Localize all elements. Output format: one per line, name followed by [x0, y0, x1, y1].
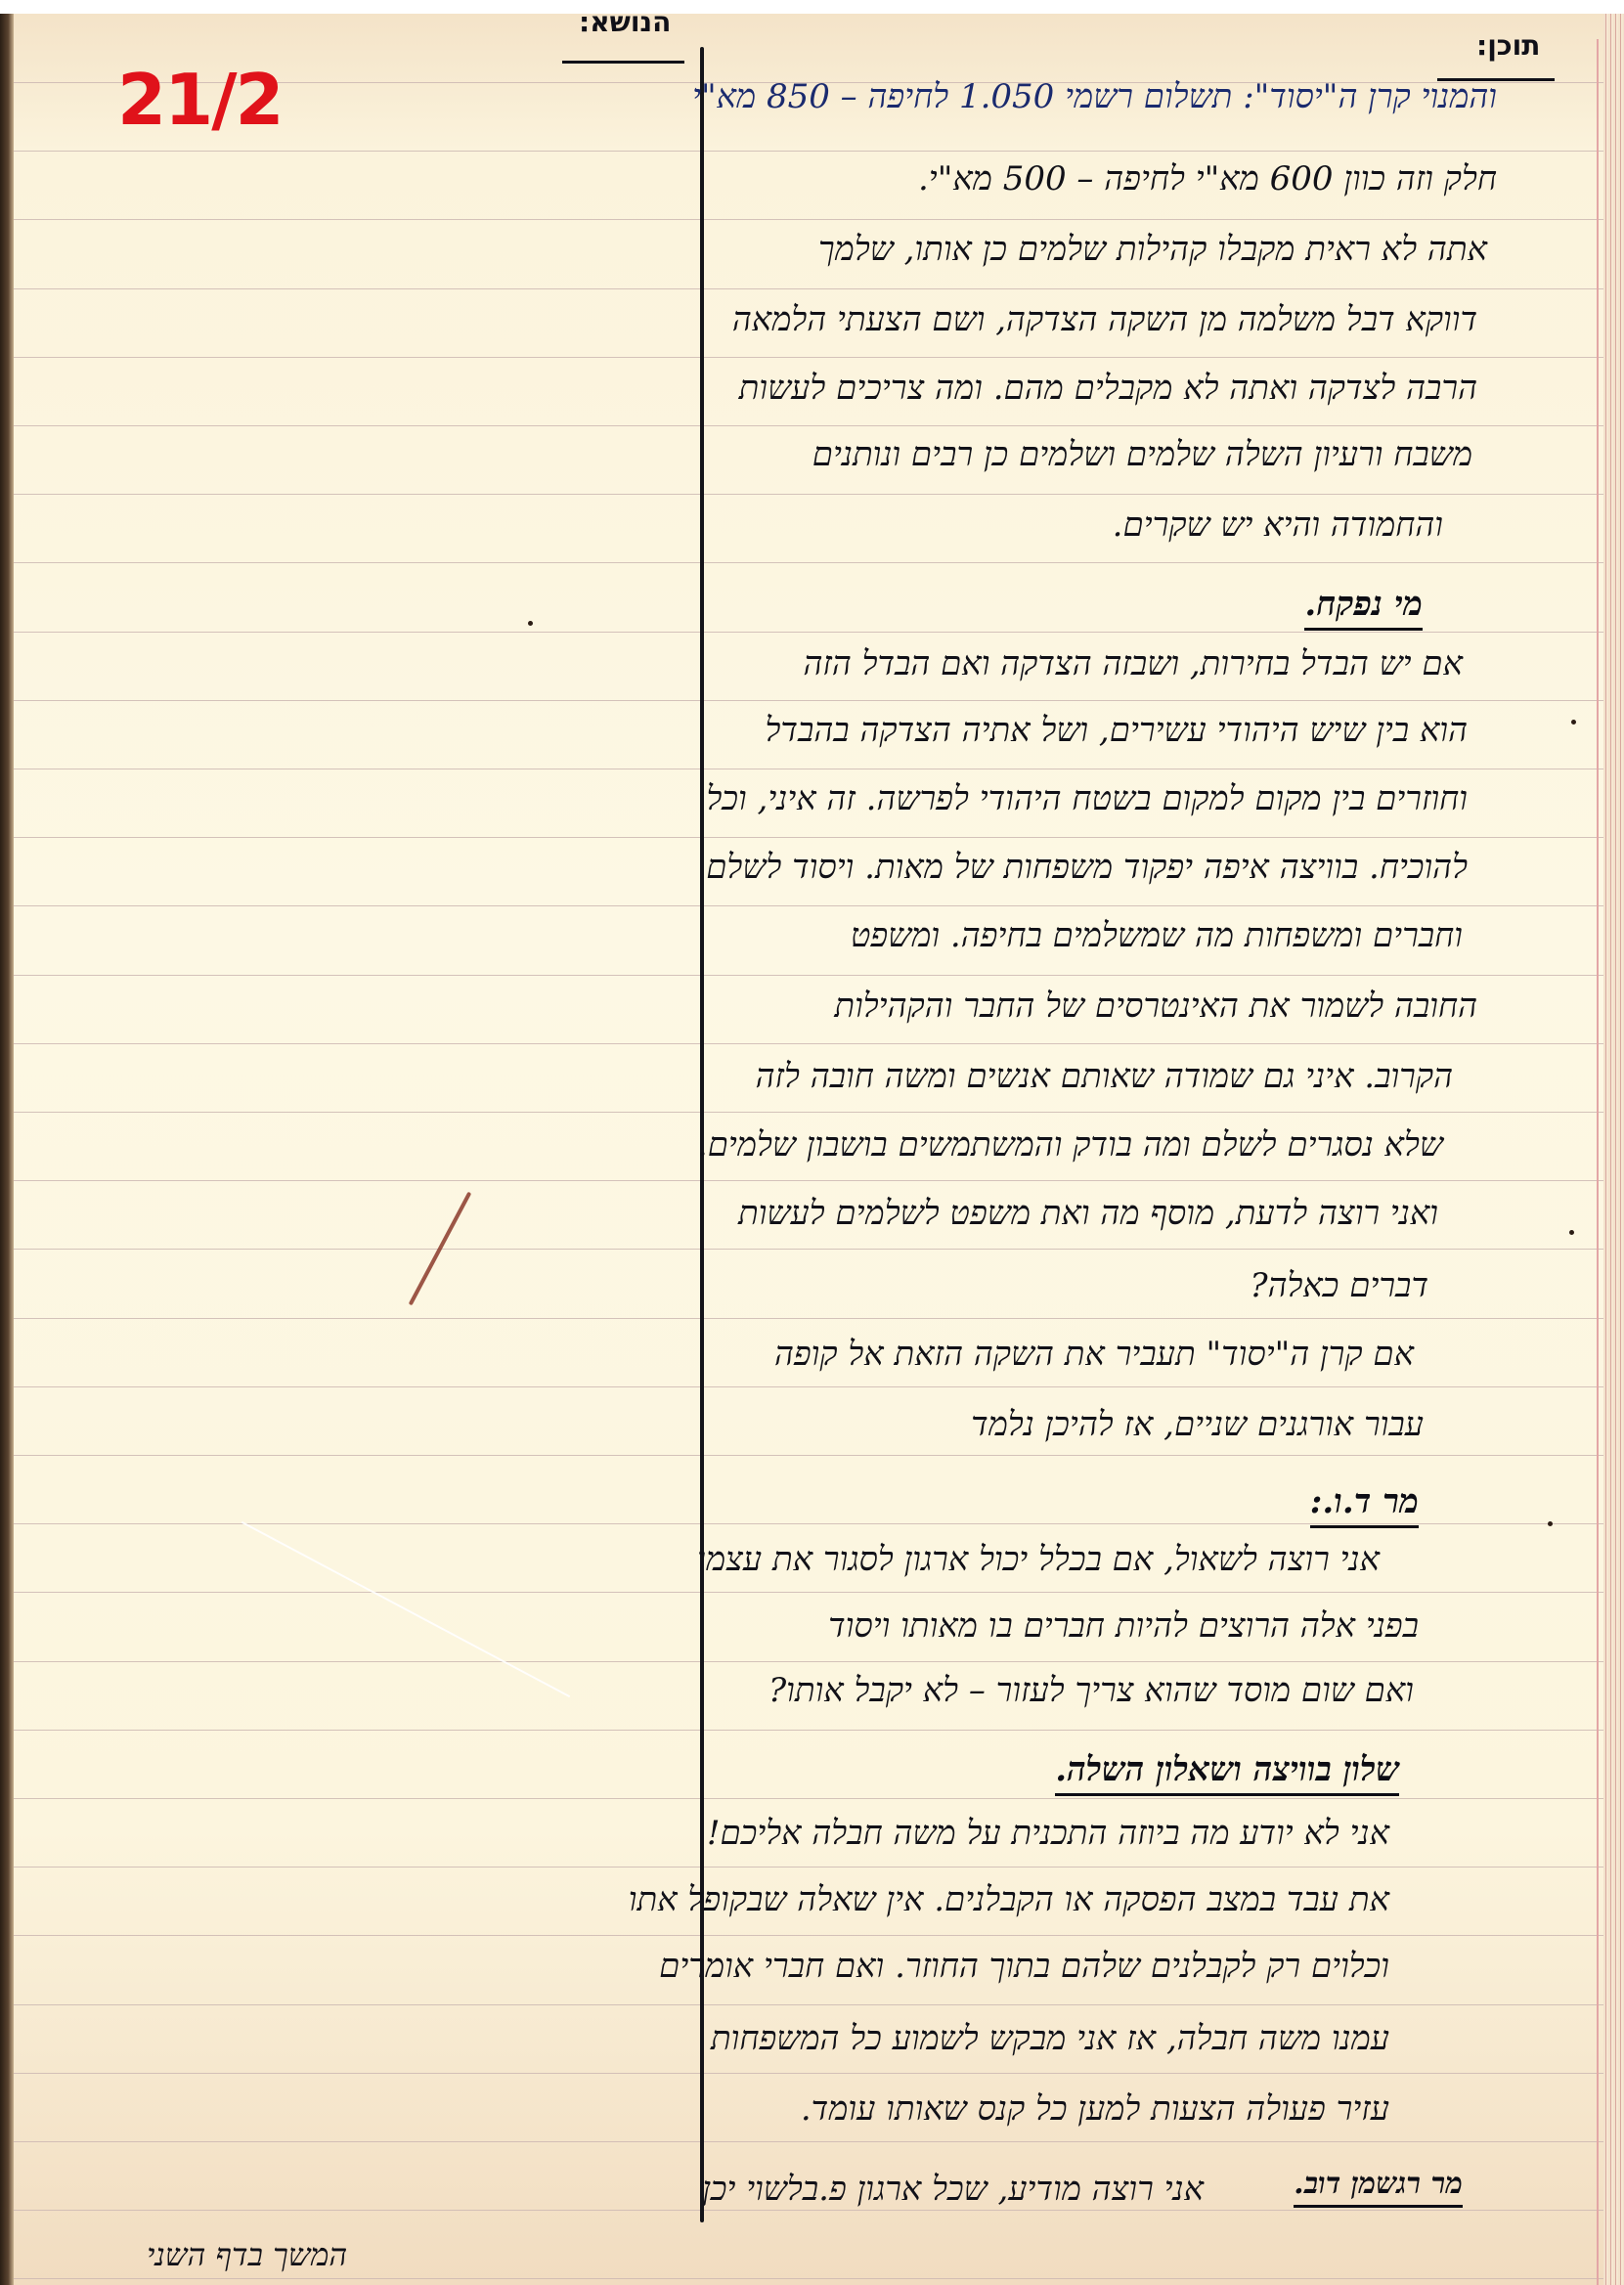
- ruled-line: [14, 1661, 1603, 1662]
- text-line: הקרוב. איני גם שמודה שאותם אנשים ומשה חו…: [756, 1060, 1453, 1093]
- ruled-line: [14, 494, 1603, 495]
- left-column-header: הנושא:: [579, 6, 671, 38]
- ruled-line: [14, 700, 1603, 701]
- text-line: וכלוים רק לקבלנים שלהם בתוך החוזר. ואם ח…: [659, 1950, 1389, 1983]
- text-line: אם קרן ה"יסוד" תעביר את השקה הזאת אל קופ…: [774, 1338, 1414, 1371]
- text-line: בפני אלה הרוצים להיות חברים בו מאותו ויס…: [828, 1609, 1419, 1643]
- ruled-line: [14, 1730, 1603, 1731]
- text-line: הוא בין שיש היהודי עשירים, ושל אתיה הצדק…: [766, 714, 1469, 747]
- ruled-line: [14, 975, 1603, 976]
- text-line: עבור אורגנים שניים, אז להיכן נלמד: [971, 1408, 1424, 1441]
- closing-speaker: מר רגשמן דוב.: [1294, 2167, 1463, 2208]
- text-line: את עבד במצב הפסקה או הקבלנים. אין שאלה ש…: [629, 1883, 1389, 1916]
- ruled-line: [14, 1798, 1603, 1799]
- text-line: ואם שום מוסד שהוא צריך לעזור – לא יקבל א…: [768, 1674, 1414, 1707]
- ruled-line: [14, 1249, 1603, 1250]
- margin-line: [1597, 39, 1599, 2285]
- text-line: שלא נסגרים לשלם ומה בודק והמשתמשים בושבו…: [697, 1128, 1443, 1162]
- page-edges: [1603, 14, 1624, 2285]
- text-line: החובה לשמור את האינטרסים של החבר והקהילו…: [834, 989, 1477, 1023]
- ruled-line: [14, 2278, 1603, 2279]
- section-heading: שלון בוויצה ושאלון השלה.: [1055, 1750, 1399, 1796]
- text-line: ואני רוצה לדעת, מוסף מה ואת משפט לשלמים …: [738, 1197, 1438, 1230]
- notebook-binding: [0, 14, 14, 2285]
- ink-speck: [1569, 1230, 1574, 1235]
- text-line: להוכיח. בוויצה איפה יפקוד משפחות של מאות…: [706, 851, 1468, 884]
- ink-speck: [1548, 1521, 1553, 1526]
- page-number: 21/2: [117, 59, 283, 141]
- ruled-line: [14, 425, 1603, 426]
- ruled-line: [14, 905, 1603, 906]
- ruled-line: [14, 1112, 1603, 1113]
- ruled-line: [14, 1935, 1603, 1936]
- text-line: והמנוי קרן ה"יסוד": תשלום רשמי 1.050 לחי…: [692, 80, 1497, 113]
- ruled-line: [14, 632, 1603, 633]
- ruled-line: [14, 357, 1603, 358]
- ruled-line: [14, 562, 1603, 563]
- continued-note: המשך בדף השני: [147, 2239, 347, 2270]
- text-line: הרבה לצדקה ואתה לא מקבלים מהם. ומה צריכי…: [739, 372, 1477, 405]
- ruled-line: [14, 1592, 1603, 1593]
- right-column-header: תוכן:: [1476, 29, 1540, 62]
- ruled-line: [14, 219, 1603, 220]
- text-line: וחוזרים בין מקום למקום בשטח היהודי לפרשה…: [707, 782, 1468, 815]
- ruled-line: [14, 1180, 1603, 1181]
- section-heading: מר ד.ו.:: [1310, 1482, 1419, 1528]
- text-line: אני לא יודע מה ביוזה התכנית על משה חבלה …: [707, 1817, 1389, 1850]
- text-line: דברים כאלה?: [1250, 1269, 1428, 1302]
- section-heading: מי נפקח.: [1304, 585, 1423, 631]
- ruled-line: [14, 1455, 1603, 1456]
- ruled-line: [14, 1043, 1603, 1044]
- text-line: אם יש הבדל בחירות, ושבזה הצדקה ואם הבדל …: [803, 647, 1463, 681]
- ruled-line: [14, 837, 1603, 838]
- ruled-line: [14, 1867, 1603, 1868]
- ruled-line: [14, 2073, 1603, 2074]
- ruled-line: [14, 1318, 1603, 1319]
- text-line: אתה לא ראית מקבלו קהילות שלמים כן אותו, …: [818, 233, 1487, 266]
- ruled-line: [14, 2141, 1603, 2142]
- text-line: אני רוצה לשאול, אם בכלל יכול ארגון לסגור…: [697, 1543, 1380, 1576]
- text-line: משבח ורעיון השלה שלמים ושלמים כן רבים ונ…: [812, 438, 1472, 471]
- ruled-line: [14, 1386, 1603, 1387]
- ruled-line: [14, 2210, 1603, 2211]
- text-line: והחמודה והיא יש שקרים.: [1113, 508, 1443, 542]
- text-line: עזיר פעולה הצעות למען כל קנס שאותו עומד.: [801, 2092, 1389, 2126]
- text-line: וחברים ומשפחות מה שמשלמים בחיפה. ומשפט: [851, 919, 1463, 952]
- ruled-line: [14, 769, 1603, 769]
- text-line: חלק וזה כוון 600 מא"י לחיפה – 500 מא"י.: [918, 162, 1497, 196]
- left-header-underline: [562, 61, 684, 64]
- text-line: דווקא דבל משלמה מן השקה הצדקה, ושם הצעתי…: [732, 303, 1477, 336]
- ink-speck: [1571, 720, 1576, 725]
- ruled-line: [14, 2004, 1603, 2005]
- text-line: עמנו משה חבלה, אז אני מבקש לשמוע כל המשפ…: [711, 2022, 1389, 2055]
- ink-speck: [528, 621, 533, 626]
- ruled-line: [14, 151, 1603, 152]
- closing-text: אני רוצה מודיע, שכל ארגון פ.בלשוי יכן: [702, 2173, 1204, 2206]
- ruled-line: [14, 288, 1603, 289]
